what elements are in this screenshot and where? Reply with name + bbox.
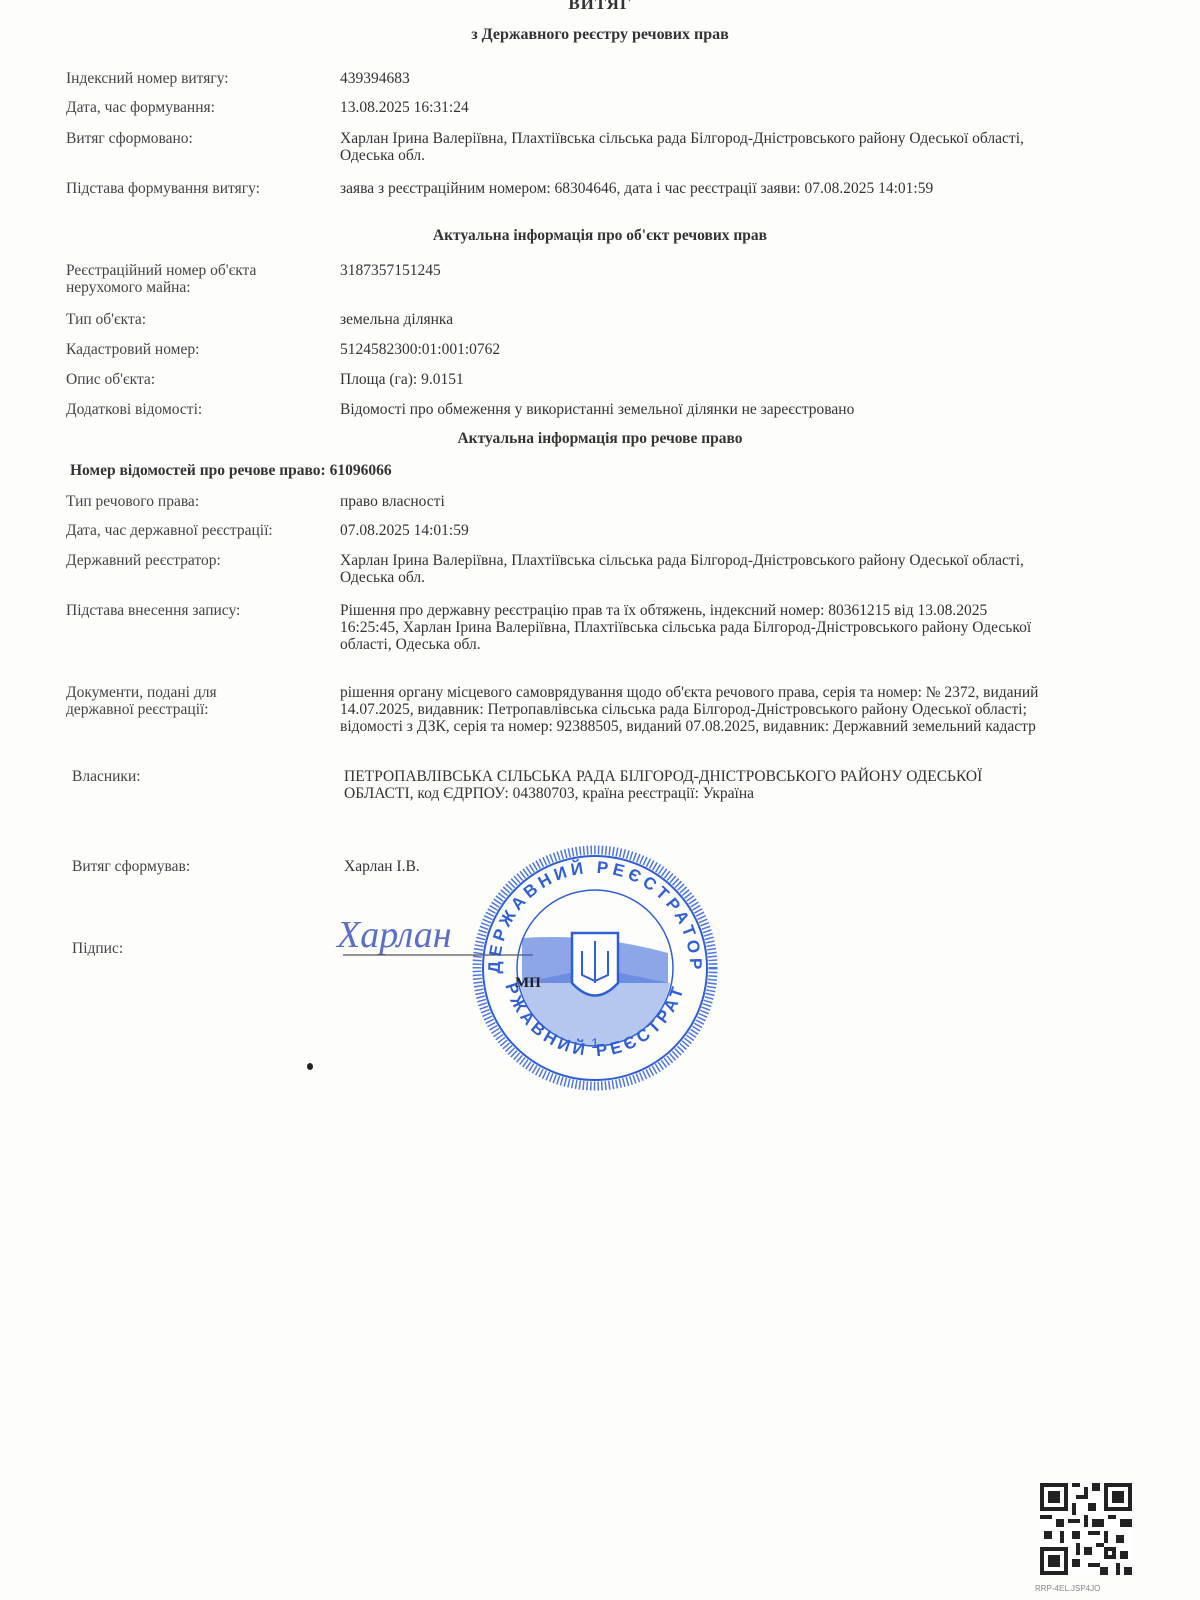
value: Харлан Ірина Валеріївна, Плахтіївська сі… — [340, 552, 1030, 586]
value: Площа (га): 9.0151 — [340, 371, 1040, 388]
value: Відомості про обмеження у використанні з… — [340, 401, 1040, 418]
label: Дата, час формування: — [66, 99, 331, 116]
label: Документи, подані для державної реєстрац… — [66, 684, 276, 718]
label: Реєстраційний номер об'єкта нерухомого м… — [66, 262, 316, 296]
label: Підстава внесення запису: — [66, 602, 331, 619]
label: Підпис: — [72, 940, 337, 957]
signature-text: Харлан — [335, 914, 452, 956]
value: Рішення про державну реєстрацію прав та … — [340, 602, 1040, 653]
value: право власності — [340, 493, 1040, 510]
value: ПЕТРОПАВЛІВСЬКА СІЛЬСЬКА РАДА БІЛГОРОД-Д… — [344, 768, 1004, 802]
value: 5124582300:01:001:0762 — [340, 341, 1040, 358]
label: Витяг сформовано: — [66, 130, 331, 147]
label: Державний реєстратор: — [66, 552, 331, 569]
qr-code-icon[interactable] — [1040, 1483, 1132, 1575]
value: земельна ділянка — [340, 311, 1040, 328]
official-stamp-icon: ДЕРЖАВНИЙ РЕЄСТРАТОР ДЕРЖАВНИЙ РЕЄСТРАТО… — [470, 843, 720, 1093]
value: Харлан Ірина Валеріївна, Плахтіївська сі… — [340, 130, 1030, 164]
section-heading-right: Актуальна інформація про речове право — [0, 430, 1200, 448]
value: 3187357151245 — [340, 262, 1040, 279]
document-title: ВИТЯГ — [0, 0, 1200, 14]
stamp-place-label: МП — [515, 975, 541, 992]
label: Підстава формування витягу: — [66, 180, 331, 197]
right-record-number: Номер відомостей про речове право: 61096… — [70, 462, 392, 480]
value: 439394683 — [340, 70, 1040, 87]
qr-code-label: RRP-4EL.JSP4JO — [1035, 1584, 1100, 1593]
value: 13.08.2025 16:31:24 — [340, 99, 1040, 116]
document-page: ВИТЯГ з Державного реєстру речових прав … — [0, 0, 1200, 1600]
svg-text:1: 1 — [591, 1035, 599, 1051]
label: Додаткові відомості: — [66, 401, 331, 418]
value: рішення органу місцевого самоврядування … — [340, 684, 1045, 735]
label: Дата, час державної реєстрації: — [66, 522, 331, 539]
label: Опис об'єкта: — [66, 371, 331, 388]
label: Кадастровий номер: — [66, 341, 331, 358]
document-subtitle: з Державного реєстру речових прав — [0, 26, 1200, 44]
value: 07.08.2025 14:01:59 — [340, 522, 1040, 539]
label: Тип об'єкта: — [66, 311, 331, 328]
section-heading-object: Актуальна інформація про об'єкт речових … — [0, 227, 1200, 245]
label: Тип речового права: — [66, 493, 331, 510]
value: заява з реєстраційним номером: 68304646,… — [340, 180, 1040, 197]
ink-dot — [307, 1063, 313, 1070]
label: Витяг сформував: — [72, 858, 337, 875]
label: Індексний номер витягу: — [66, 70, 331, 87]
label: Власники: — [72, 768, 337, 785]
